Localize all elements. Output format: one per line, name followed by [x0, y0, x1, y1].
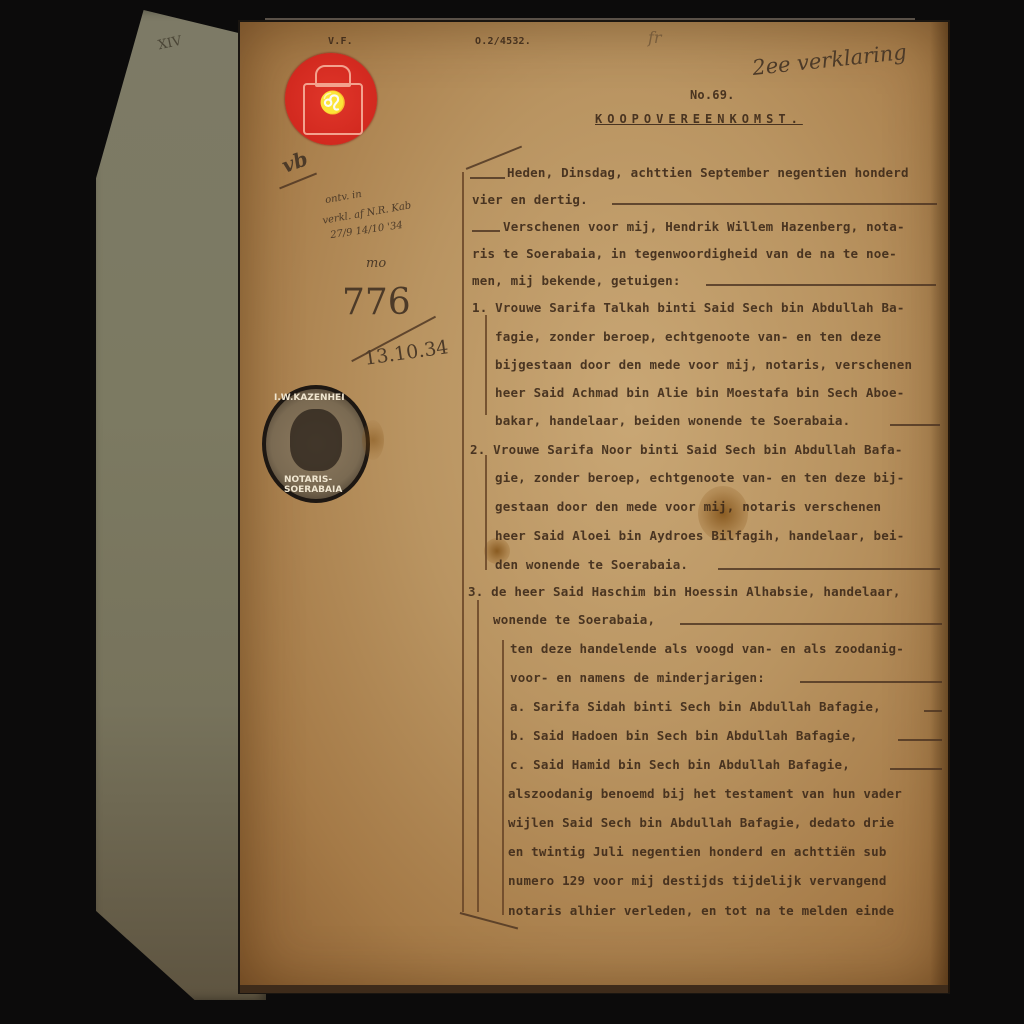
line-fill — [718, 568, 940, 570]
outer-margin-line — [462, 172, 464, 912]
line-fill — [612, 203, 937, 205]
body-line: fagie, zonder beroep, echtgenoote van- e… — [495, 329, 881, 344]
handwritten-top-mid: fr — [648, 28, 662, 47]
deed-number: No.69. — [690, 88, 735, 102]
body-line: heer Said Achmad bin Alie bin Moestafa b… — [495, 385, 904, 400]
body-line: 2. Vrouwe Sarifa Noor binti Said Sech bi… — [470, 442, 903, 457]
body-line: voor- en namens de minderjarigen: — [510, 670, 765, 685]
minor-item-b: b. Said Hadoen bin Sech bin Abdullah Baf… — [510, 728, 858, 743]
line-fill — [890, 424, 940, 426]
notary-stamp-icon: I.W.KAZENHEI NOTARIS-SOERABAIA — [262, 385, 370, 503]
minor-item-c: c. Said Hamid bin Sech bin Abdullah Bafa… — [510, 757, 850, 772]
line-fill — [924, 710, 942, 712]
body-line: 1. Vrouwe Sarifa Talkah binti Said Sech … — [472, 300, 905, 315]
body-line: men, mij bekende, getuigen: — [472, 273, 681, 288]
body-line: vier en dertig. — [472, 192, 588, 207]
item-3-bracket — [502, 640, 504, 915]
header-ref-number: O.2/4532. — [475, 36, 531, 47]
body-line: wonende te Soerabaia, — [493, 612, 655, 627]
stain — [362, 420, 384, 460]
body-line: alszoodanig benoemd bij het testament va… — [508, 786, 902, 801]
body-line: gestaan door den mede voor mij, notaris … — [495, 499, 881, 514]
margin-initials: mo — [366, 256, 386, 271]
line-fill — [680, 623, 942, 625]
line-dash — [472, 230, 500, 232]
body-line: en twintig Juli negentien honderd en ach… — [508, 844, 887, 859]
body-line: 3. de heer Said Haschim bin Hoessin Alha… — [468, 584, 901, 599]
body-line: bakar, handelaar, beiden wonende te Soer… — [495, 413, 850, 428]
line-dash — [470, 177, 505, 179]
header-left-code: V.F. — [328, 36, 353, 47]
stamp-text-top: I.W.KAZENHEI — [274, 393, 345, 403]
stamp-text-bottom: NOTARIS-SOERABAIA — [284, 475, 366, 495]
body-line: wijlen Said Sech bin Abdullah Bafagie, d… — [508, 815, 894, 830]
item-1-bracket — [485, 315, 487, 415]
body-line: gie, zonder beroep, echtgenoote van- en … — [495, 470, 904, 485]
coat-of-arms-icon — [290, 409, 342, 471]
body-line: notaris alhier verleden, en tot na te me… — [508, 903, 894, 918]
item-2-bracket — [485, 455, 487, 570]
body-line: ten deze handelende als voogd van- en al… — [510, 641, 904, 656]
body-line: heer Said Aloei bin Aydroes Bilfagih, ha… — [495, 528, 904, 543]
body-line: Heden, Dinsdag, achttien September negen… — [507, 165, 909, 180]
lion-icon: ♌ — [319, 91, 346, 116]
page-shadow — [930, 22, 950, 992]
inner-margin-line — [477, 600, 479, 912]
page-bottom-edge — [240, 985, 948, 993]
document-title: KOOPOVEREENKOMST. — [595, 112, 803, 126]
line-fill — [706, 284, 936, 286]
minor-item-a: a. Sarifa Sidah binti Sech bin Abdullah … — [510, 699, 881, 714]
body-line: numero 129 voor mij destijds tijdelijk v… — [508, 873, 887, 888]
body-line: Verschenen voor mij, Hendrik Willem Haze… — [503, 219, 905, 234]
line-fill — [890, 768, 942, 770]
body-line: bijgestaan door den mede voor mij, notar… — [495, 357, 912, 372]
line-fill — [800, 681, 942, 683]
body-line: den wonende te Soerabaia. — [495, 557, 688, 572]
entry-number: 776 — [342, 282, 411, 323]
red-seal-icon: ♌ — [285, 53, 377, 145]
body-line: ris te Soerabaia, in tegenwoordigheid va… — [472, 246, 897, 261]
line-fill — [898, 739, 942, 741]
